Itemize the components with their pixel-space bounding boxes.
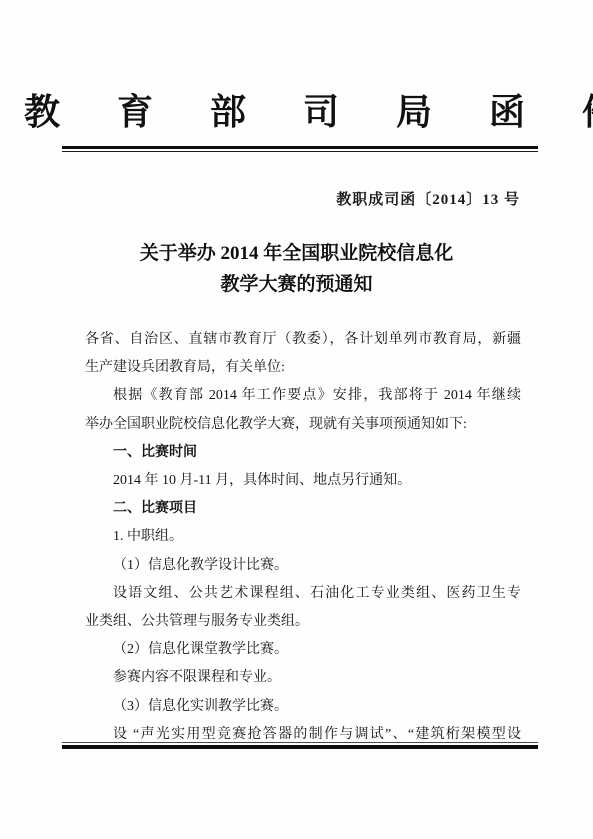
body-heading: 二、比赛项目 (85, 495, 521, 523)
letterhead-title: 教 育 部 司 局 函 件 (0, 84, 593, 135)
scanned-document-page: 教 育 部 司 局 函 件 教职成司函〔2014〕13 号 关于举办 2014 … (0, 0, 593, 839)
body-line: 根据《教育部 2014 年工作要点》安排，我部将于 2014 年继续 (85, 382, 521, 410)
document-title-line2: 教学大赛的预通知 (0, 269, 593, 300)
body-line: 业类组、公共管理与服务专业类组。 (85, 608, 521, 636)
document-title-line1: 关于举办 2014 年全国职业院校信息化 (0, 238, 593, 269)
body-line: 2014 年 10 月-11 月，具体时间、地点另行通知。 (85, 467, 521, 495)
document-body: 各省、自治区、直辖市教育厅（教委），各计划单列市教育局，新疆 生产建设兵团教育局… (85, 326, 521, 749)
footer-double-rule (62, 742, 538, 749)
body-line: 举办全国职业院校信息化教学大赛，现就有关事项预通知如下: (85, 411, 521, 439)
header-double-rule (62, 146, 538, 152)
body-line: （3）信息化实训教学比赛。 (85, 693, 521, 721)
body-line: （2）信息化课堂教学比赛。 (85, 636, 521, 664)
document-number: 教职成司函〔2014〕13 号 (336, 188, 520, 209)
body-line: 参赛内容不限课程和专业。 (85, 664, 521, 692)
body-heading: 一、比赛时间 (85, 439, 521, 467)
body-line: 生产建设兵团教育局，有关单位: (85, 354, 521, 382)
body-line: 各省、自治区、直辖市教育厅（教委），各计划单列市教育局，新疆 (85, 326, 521, 354)
body-line: 设语文组、公共艺术课程组、石油化工专业类组、医药卫生专 (85, 580, 521, 608)
document-title: 关于举办 2014 年全国职业院校信息化 教学大赛的预通知 (0, 238, 593, 300)
body-line: 1. 中职组。 (85, 523, 521, 551)
body-line: （1）信息化教学设计比赛。 (85, 552, 521, 580)
